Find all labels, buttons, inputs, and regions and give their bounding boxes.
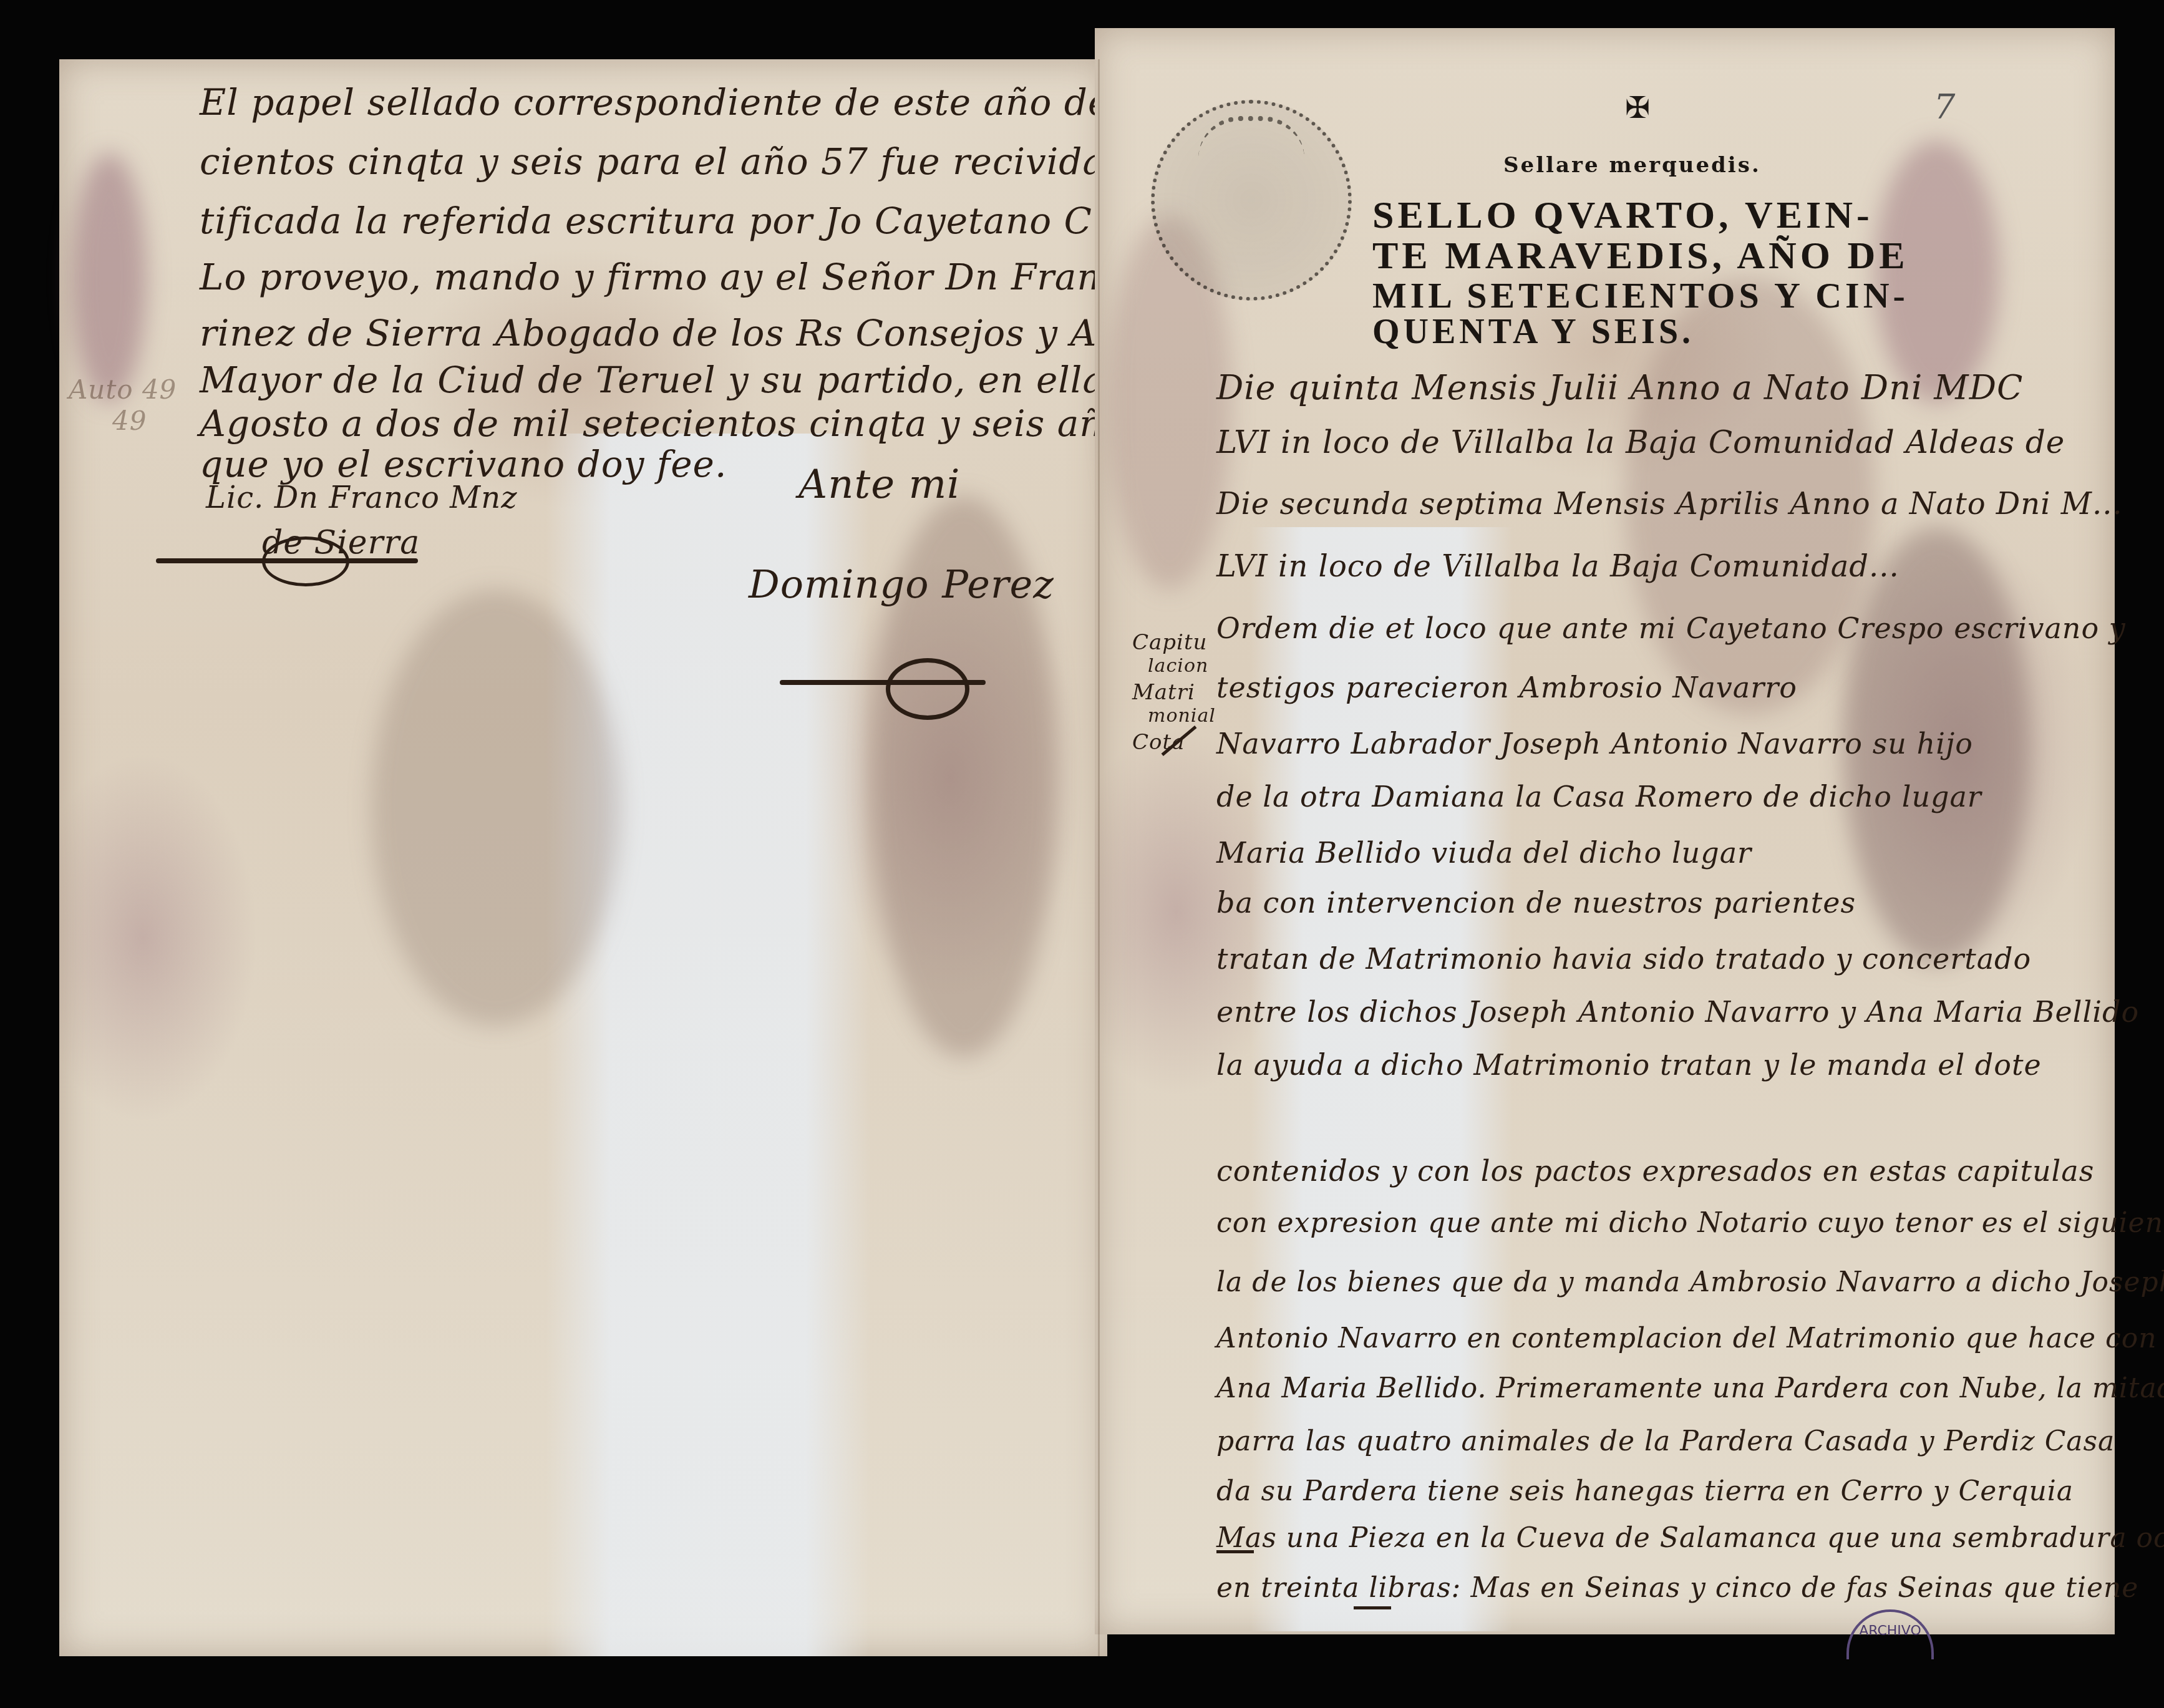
folio-number: 7: [1934, 87, 1955, 127]
underline-mas: [1216, 1550, 1254, 1553]
right-line-21: Mas una Pieza en la Cueva de Salamanca q…: [1216, 1522, 2164, 1554]
right-line-8: de la otra Damiana la Casa Romero de dic…: [1216, 780, 1982, 813]
book-gutter: [1098, 59, 1100, 1656]
stain: [371, 590, 621, 1026]
notary-ante-mi: Ante mi: [798, 462, 961, 508]
left-line-2: cientos cinqta y seis para el año 57 fue…: [200, 140, 1209, 183]
right-line-15: con expresion que ante mi dicho Notario …: [1216, 1207, 2164, 1239]
right-line-14: contenidos y con los pactos expresados e…: [1216, 1154, 2094, 1188]
right-line-11: tratan de Matrimonio havia sido tratado …: [1216, 942, 2031, 976]
right-line-18: Ana Maria Bellido. Primeramente una Pard…: [1216, 1372, 2164, 1404]
right-line-1: Die quinta Mensis Julii Anno a Nato Dni …: [1216, 368, 2023, 407]
right-line-20: da su Pardera tiene seis hanegas tierra …: [1216, 1475, 2074, 1507]
crown-icon: [1198, 116, 1304, 158]
margin-note-4: monial: [1148, 705, 1216, 727]
cross-icon: ✠: [1625, 90, 1650, 125]
right-line-3: Die secunda septima Mensis Aprilis Anno …: [1216, 487, 2123, 522]
right-line-12: entre los dichos Joseph Antonio Navarro …: [1216, 995, 2139, 1029]
left-line-5: rinez de Sierra Abogado de los Rs Consej…: [200, 312, 1142, 354]
left-margin-note: Auto 49: [69, 374, 177, 405]
left-line-3: tificada la referida escritura por Jo Ca…: [200, 200, 1209, 242]
margin-note-3: Matri: [1132, 680, 1195, 705]
right-line-22: en treinta libras: Mas en Seinas y cinco…: [1216, 1572, 2138, 1604]
signature-rubric: [262, 536, 349, 586]
printed-heading-line-1: SELLO QVARTO, VEIN-: [1372, 193, 1873, 238]
right-line-10: ba con intervencion de nuestros pariente…: [1216, 886, 1856, 920]
stamp-header: Sellare merquedis.: [1503, 153, 1761, 178]
notary-rubric: [886, 658, 969, 720]
right-line-4: LVI in loco de Villalba la Baja Comunida…: [1216, 549, 1900, 584]
left-line-8: que yo el escrivano doy fee.: [200, 443, 727, 485]
right-line-19: parra las quatro animales de la Pardera …: [1216, 1425, 2115, 1457]
right-line-7: Navarro Labrador Joseph Antonio Navarro …: [1216, 727, 1973, 760]
right-line-13: la ayuda a dicho Matrimonio tratan y le …: [1216, 1048, 2042, 1082]
left-line-4: Lo proveyo, mando y firmo ay el Señor Dn…: [200, 256, 1240, 298]
royal-seal-stamp: [1151, 100, 1352, 301]
underline-mas-2: [1354, 1606, 1391, 1609]
left-margin-number: 49: [112, 405, 147, 436]
right-line-5: Ordem die et loco que ante mi Cayetano C…: [1216, 611, 2126, 645]
right-line-16: la de los bienes que da y manda Ambrosio…: [1216, 1266, 2164, 1298]
notary-name: Domingo Perez: [749, 561, 1054, 607]
right-line-9: Maria Bellido viuda del dicho lugar: [1216, 836, 1752, 870]
notary-flourish: [780, 680, 986, 685]
right-line-17: Antonio Navarro en contemplacion del Mat…: [1216, 1322, 2157, 1354]
right-line-6: testigos parecieron Ambrosio Navarro: [1216, 671, 1797, 704]
printed-heading-line-4: QUENTA Y SEIS.: [1372, 312, 1694, 352]
printed-heading-line-2: TE MARAVEDIS, AÑO DE: [1372, 234, 1909, 278]
printed-heading-line-3: MIL SETECIENTOS Y CIN-: [1372, 274, 1909, 316]
left-page: [59, 59, 1107, 1656]
left-line-7: Agosto a dos de mil setecientos cinqta y…: [200, 402, 1203, 445]
left-line-6: Mayor de la Ciud de Teruel y su partido,…: [200, 359, 1138, 401]
margin-note-1: Capitu: [1132, 630, 1207, 655]
water-bleached-area: [546, 434, 870, 1656]
margin-note-2: lacion: [1148, 655, 1208, 677]
right-line-2: LVI in loco de Villalba la Baja Comunida…: [1216, 424, 2065, 460]
signature-alcalde-line-1: Lic. Dn Franco Mnz: [206, 480, 517, 515]
stain: [72, 153, 147, 402]
